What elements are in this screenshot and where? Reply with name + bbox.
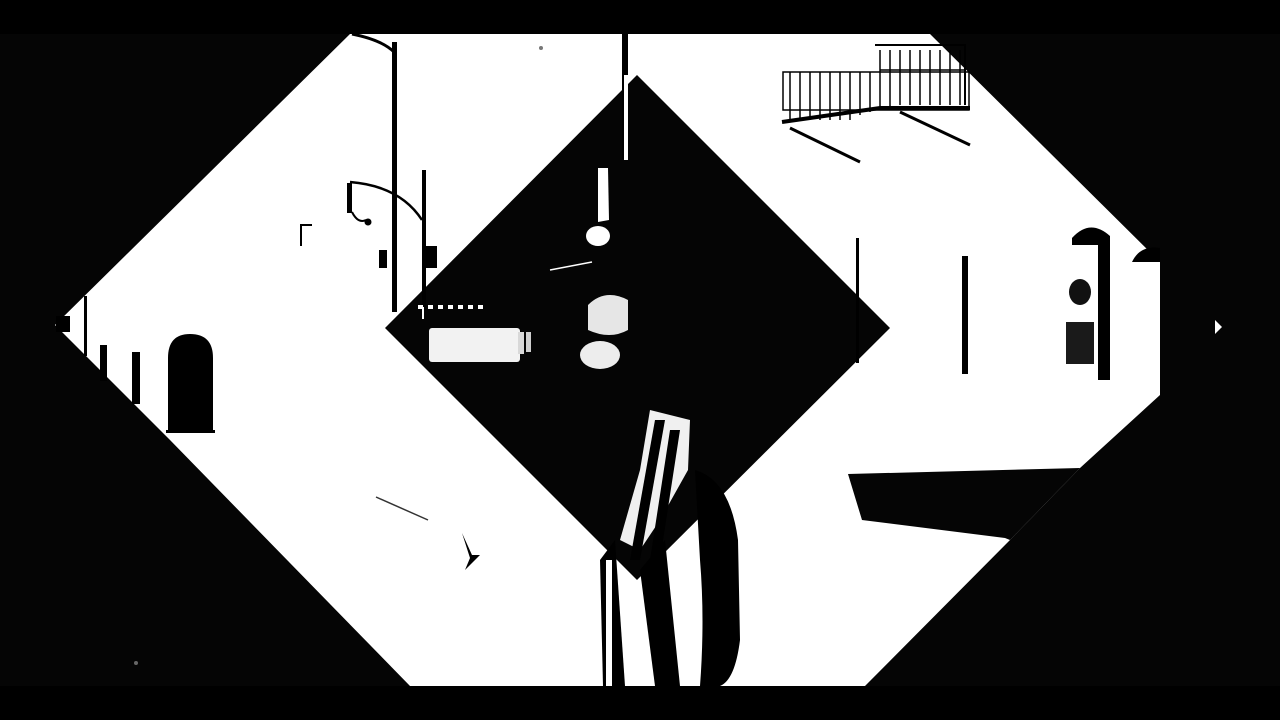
letterbox-top xyxy=(0,0,1280,34)
video-frame xyxy=(0,0,1280,720)
letterbox-bottom xyxy=(0,686,1280,720)
scene-canvas xyxy=(0,0,1280,720)
building-doorway xyxy=(168,334,213,432)
